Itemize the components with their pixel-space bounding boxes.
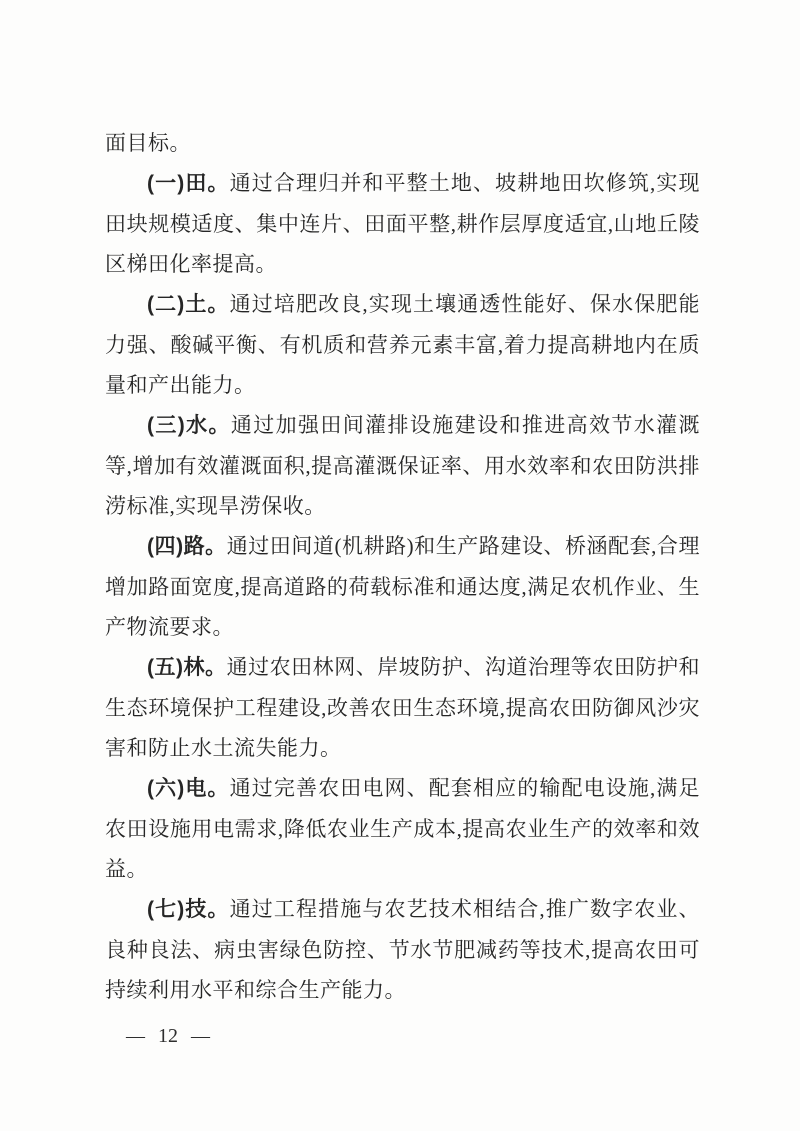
- document-page: 面目标。 (一)田。通过合理归并和平整土地、坡耕地田坎修筑,实现田块规模适度、集…: [0, 0, 800, 1131]
- paragraph-item-3: (三)水。通过加强田间灌排设施建设和推进高效节水灌溉等,增加有效灌溉面积,提高灌…: [105, 405, 700, 526]
- item-5-label: (五)林。: [147, 656, 227, 679]
- item-4-label: (四)路。: [147, 535, 227, 558]
- item-2-label: (二)土。: [147, 293, 230, 316]
- paragraph-item-7: (七)技。通过工程措施与农艺技术相结合,推广数字农业、良种良法、病虫害绿色防控、…: [105, 889, 700, 1010]
- item-6-label: (六)电。: [147, 777, 230, 800]
- paragraph-item-2: (二)土。通过培肥改良,实现土壤通透性能好、保水保肥能力强、酸碱平衡、有机质和营…: [105, 284, 700, 405]
- paragraph-item-1: (一)田。通过合理归并和平整土地、坡耕地田坎修筑,实现田块规模适度、集中连片、田…: [105, 163, 700, 284]
- page-footer: —12—: [105, 1023, 700, 1050]
- paragraph-item-6: (六)电。通过完善农田电网、配套相应的输配电设施,满足农田设施用电需求,降低农业…: [105, 768, 700, 889]
- paragraph-item-4: (四)路。通过田间道(机耕路)和生产路建设、桥涵配套,合理增加路面宽度,提高道路…: [105, 526, 700, 647]
- page-number: 12: [158, 1023, 178, 1049]
- item-7-label: (七)技。: [147, 898, 230, 921]
- item-1-label: (一)田。: [147, 172, 230, 195]
- continuation-text: 面目标。: [105, 131, 191, 155]
- footer-dash-right: —: [190, 1024, 211, 1050]
- item-3-label: (三)水。: [147, 414, 231, 437]
- footer-dash-left: —: [125, 1024, 146, 1050]
- paragraph-item-5: (五)林。通过农田林网、岸坡防护、沟道治理等农田防护和生态环境保护工程建设,改善…: [105, 647, 700, 768]
- document-body: 面目标。 (一)田。通过合理归并和平整土地、坡耕地田坎修筑,实现田块规模适度、集…: [105, 123, 700, 1010]
- paragraph-continuation: 面目标。: [105, 123, 700, 163]
